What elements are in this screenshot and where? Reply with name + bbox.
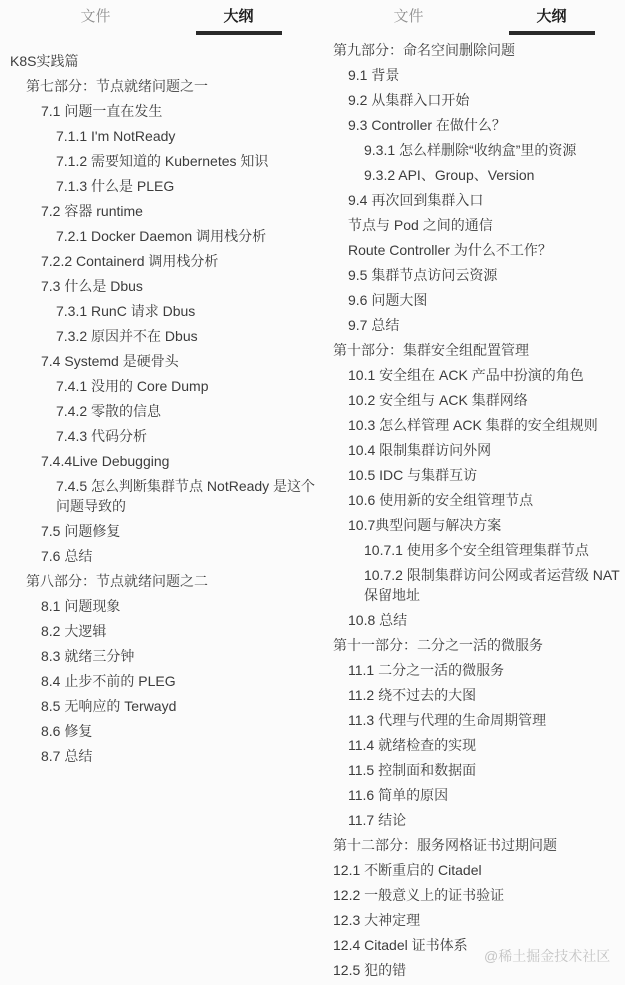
outline-item[interactable]: 第七部分：节点就绪问题之一 — [0, 74, 312, 99]
outline-item[interactable]: 7.1.2 需要知道的 Kubernetes 知识 — [0, 149, 312, 174]
outline-item[interactable]: 9.2 从集群入口开始 — [313, 87, 625, 112]
outline-item[interactable]: 10.6 使用新的安全组管理节点 — [313, 487, 625, 512]
outline-item[interactable]: 7.4.3 代码分析 — [0, 424, 312, 449]
tab-outline-left-label: 大纲 — [223, 8, 253, 25]
outline-item[interactable]: 7.4.5 怎么判断集群节点 NotReady 是这个 问题导致的 — [0, 474, 312, 519]
active-tab-underline — [196, 31, 282, 35]
outline-item[interactable]: 7.2.2 Containerd 调用栈分析 — [0, 249, 312, 274]
watermark: @稀土掘金技术社区 — [484, 946, 610, 966]
outline-item[interactable]: 11.7 结论 — [313, 807, 625, 832]
outline-item[interactable]: 8.1 问题现象 — [0, 594, 312, 619]
outline-item[interactable]: 7.1 问题一直在发生 — [0, 99, 312, 124]
outline-item[interactable]: K8S实践篇 — [0, 49, 312, 74]
outline-item[interactable]: 9.6 问题大图 — [313, 287, 625, 312]
outline-item[interactable]: 9.3.1 怎么样删除“收纳盒”里的资源 — [313, 137, 625, 162]
outline-item[interactable]: Route Controller 为什么不工作？ — [313, 237, 625, 262]
outline-item[interactable]: 11.4 就绪检查的实现 — [313, 732, 625, 757]
outline-item[interactable]: 第八部分：节点就绪问题之二 — [0, 569, 312, 594]
outline-item[interactable]: 9.5 集群节点访问云资源 — [313, 262, 625, 287]
outline-item[interactable]: 7.3 什么是 Dbus — [0, 274, 312, 299]
outline-item[interactable]: 10.1 安全组在 ACK 产品中扮演的角色 — [313, 362, 625, 387]
active-tab-underline — [509, 31, 595, 35]
outline-item[interactable]: 8.2 大逻辑 — [0, 619, 312, 644]
outline-item[interactable]: 7.4.4Live Debugging — [0, 449, 312, 474]
outline-item[interactable]: 7.3.2 原因并不在 Dbus — [0, 324, 312, 349]
outline-panel-left: 文件 大纲 K8S实践篇第七部分：节点就绪问题之一7.1 问题一直在发生7.1.… — [0, 0, 312, 985]
outline-item[interactable]: 11.2 绕不过去的大图 — [313, 682, 625, 707]
outline-item[interactable]: 8.5 无响应的 Terwayd — [0, 694, 312, 719]
outline-item[interactable]: 11.1 二分之一活的微服务 — [313, 657, 625, 682]
outline-item[interactable]: 7.1.1 I'm NotReady — [0, 124, 312, 149]
outline-item[interactable]: 第十部分：集群安全组配置管理 — [313, 337, 625, 362]
outline-item[interactable]: 7.2.1 Docker Daemon 调用栈分析 — [0, 224, 312, 249]
outline-item[interactable]: 8.6 修复 — [0, 719, 312, 744]
outline-tree-right: 第九部分：命名空间删除问题9.1 背景9.2 从集群入口开始9.3 Contro… — [313, 36, 625, 982]
outline-item[interactable]: 11.6 简单的原因 — [313, 782, 625, 807]
outline-item[interactable]: 10.8 总结 — [313, 607, 625, 632]
tab-files-right[interactable]: 文件 — [337, 0, 480, 36]
outline-item[interactable]: 7.2 容器 runtime — [0, 199, 312, 224]
outline-item[interactable]: 8.3 就绪三分钟 — [0, 644, 312, 669]
outline-item[interactable]: 第九部分：命名空间删除问题 — [313, 37, 625, 62]
outline-item[interactable]: 第十一部分：二分之一活的微服务 — [313, 632, 625, 657]
outline-item[interactable]: 10.7.2 限制集群访问公网或者运营级 NAT 保留地址 — [313, 562, 625, 607]
outline-tree-left: K8S实践篇第七部分：节点就绪问题之一7.1 问题一直在发生7.1.1 I'm … — [0, 36, 312, 769]
outline-item[interactable]: 7.4.2 零散的信息 — [0, 399, 312, 424]
outline-item[interactable]: 7.5 问题修复 — [0, 519, 312, 544]
outline-item[interactable]: 10.7.1 使用多个安全组管理集群节点 — [313, 537, 625, 562]
tab-outline-right-label: 大纲 — [536, 8, 566, 25]
outline-item[interactable]: 9.3 Controller 在做什么？ — [313, 112, 625, 137]
tab-files-left[interactable]: 文件 — [24, 0, 167, 36]
outline-item[interactable]: 10.5 IDC 与集群互访 — [313, 462, 625, 487]
outline-panel-right: 文件 大纲 第九部分：命名空间删除问题9.1 背景9.2 从集群入口开始9.3 … — [313, 0, 625, 985]
outline-item[interactable]: 10.7典型问题与解决方案 — [313, 512, 625, 537]
outline-item[interactable]: 10.2 安全组与 ACK 集群网络 — [313, 387, 625, 412]
outline-item[interactable]: 9.3.2 API、Group、Version — [313, 162, 625, 187]
tab-outline-right[interactable]: 大纲 — [480, 0, 623, 36]
tabbar-right: 文件 大纲 — [313, 0, 625, 36]
outline-item[interactable]: 11.3 代理与代理的生命周期管理 — [313, 707, 625, 732]
outline-item[interactable]: 8.4 止步不前的 PLEG — [0, 669, 312, 694]
tabbar-left: 文件 大纲 — [0, 0, 312, 36]
outline-item[interactable]: 12.2 一般意义上的证书验证 — [313, 882, 625, 907]
outline-item[interactable]: 7.4 Systemd 是硬骨头 — [0, 349, 312, 374]
tab-outline-left[interactable]: 大纲 — [167, 0, 310, 36]
outline-item[interactable]: 7.3.1 RunC 请求 Dbus — [0, 299, 312, 324]
outline-item[interactable]: 9.7 总结 — [313, 312, 625, 337]
outline-item[interactable]: 第十二部分：服务网格证书过期问题 — [313, 832, 625, 857]
outline-item[interactable]: 12.3 大神定理 — [313, 907, 625, 932]
outline-item[interactable]: 9.1 背景 — [313, 62, 625, 87]
outline-item[interactable]: 12.1 不断重启的 Citadel — [313, 857, 625, 882]
outline-item[interactable]: 节点与 Pod 之间的通信 — [313, 212, 625, 237]
outline-item[interactable]: 7.6 总结 — [0, 544, 312, 569]
outline-item[interactable]: 10.4 限制集群访问外网 — [313, 437, 625, 462]
outline-item[interactable]: 10.3 怎么样管理 ACK 集群的安全组规则 — [313, 412, 625, 437]
outline-item[interactable]: 7.4.1 没用的 Core Dump — [0, 374, 312, 399]
outline-item[interactable]: 8.7 总结 — [0, 744, 312, 769]
outline-item[interactable]: 9.4 再次回到集群入口 — [313, 187, 625, 212]
outline-item[interactable]: 7.1.3 什么是 PLEG — [0, 174, 312, 199]
outline-item[interactable]: 11.5 控制面和数据面 — [313, 757, 625, 782]
